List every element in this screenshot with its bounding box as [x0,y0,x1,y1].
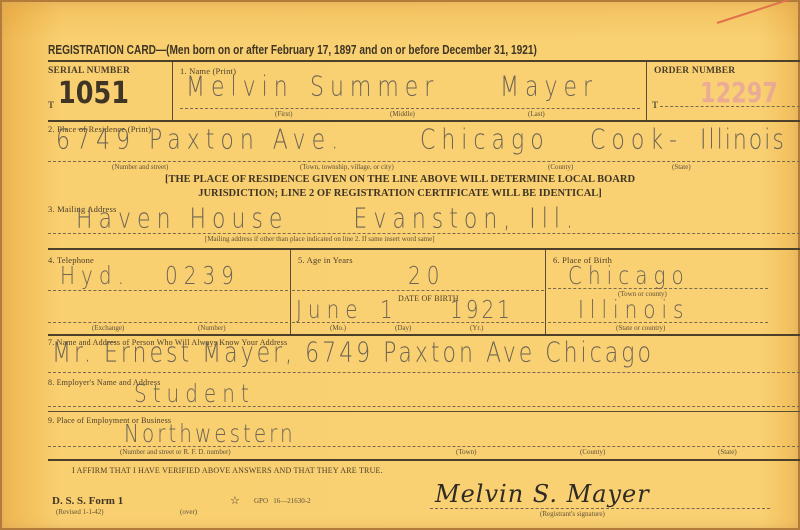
order-line [660,106,800,107]
mailing-line [48,233,800,234]
residence-line [48,161,800,162]
residence-street: 6749 Paxton Ave. [56,125,344,156]
residence-sub-state: (State) [672,163,691,171]
residence-sub-county: (County) [548,163,573,171]
birthplace-state: Illinois [578,294,689,324]
employer-value: Student [134,378,255,408]
dob-sub-year: (Yr.) [470,324,483,332]
birthplace-line [548,288,768,289]
serial-number-value: 1051 [58,76,129,111]
employment-place-value: Northwestern [124,418,296,448]
registrant-signature: Melvin S. Mayer [435,480,650,508]
name-sub-middle: (Middle) [390,110,415,118]
row9-rule [48,459,800,461]
employment-sub-town: (Town) [456,448,477,456]
row8-rule [48,411,800,412]
telephone-sub-number: (Number) [198,324,226,332]
order-number-label: ORDER NUMBER [654,66,735,76]
col-divider-1 [290,250,291,334]
name-first: Melvin [186,72,294,103]
residence-city: Chicago [420,125,550,156]
dob-year: 1921 [450,294,513,324]
name-sub-first: (First) [275,110,293,118]
row1-rule [48,120,800,122]
notice-line-1: [THE PLACE OF RESIDENCE GIVEN ON THE LIN… [60,173,740,187]
dob-month: June [296,294,364,324]
birthplace-town: Chicago [568,260,690,290]
dob-sub-day: (Day) [395,324,411,332]
telephone-sub-exchange: (Exchange) [92,324,124,332]
registration-card: REGISTRATION CARD—(Men born on or after … [0,0,800,530]
jurisdiction-notice: [THE PLACE OF RESIDENCE GIVEN ON THE LIN… [60,173,740,201]
dob-line [292,322,544,323]
contact-value: Mr. Ernest Mayer, 6749 Paxton Ave Chicag… [52,338,654,369]
name-last: Mayer [500,72,598,103]
employment-sub-county: (County) [580,448,605,456]
telephone-line-2 [48,322,288,323]
birthplace-state-line [548,322,768,323]
notice-line-2: JURISDICTION; LINE 2 OF REGISTRATION CER… [60,187,740,201]
col-divider-2 [545,250,546,334]
card-title: REGISTRATION CARD—(Men born on or after … [48,42,537,57]
title-rule [48,60,800,62]
order-prefix: T [652,100,658,110]
age-line [292,290,544,291]
form-number: D. S. S. Form 1 [52,495,123,507]
employer-line [48,406,800,407]
over-note: (over) [180,508,197,516]
age-label: 5. Age in Years [298,255,353,265]
residence-county: Cook- [590,125,683,156]
contact-line [48,372,800,373]
dob-day: 1 [380,294,399,324]
age-value: 20 [408,260,445,290]
birthplace-sub-state: (State or country) [616,324,665,332]
form-revised: (Revised 1-1-42) [56,508,104,516]
telephone-number: 0239 [165,260,240,290]
row4-rule [48,334,800,336]
mailing-sub: [Mailing address if other than place ind… [205,235,435,243]
telephone-exchange: Hyd. [60,260,130,290]
dob-sub-month: (Mo.) [330,324,346,332]
star-icon: ☆ [230,494,240,507]
order-divider [646,62,647,120]
residence-sub-city: (Town, township, village, or city) [300,163,394,171]
gpo-number: GPO 16—21630-2 [254,497,311,505]
employment-sub-street: (Number and street or R. F. D. number) [120,448,231,456]
mailing-value: Haven House Evanston, Ill. [76,204,579,235]
employment-sub-state: (State) [718,448,737,456]
name-line [180,108,640,109]
signature-label: (Registrant's signature) [540,510,605,518]
name-middle: Summer [310,72,439,103]
name-sub-last: (Last) [528,110,545,118]
residence-sub-street: (Number and street) [112,163,168,171]
affirmation-text: I Affirm That I Have Verified Above Answ… [72,466,383,475]
signature-line [430,508,770,509]
row3-rule [48,248,800,250]
order-number-value: 12297 [700,76,778,109]
serial-prefix: T [48,100,54,110]
serial-divider [172,62,173,120]
serial-number-label: SERIAL NUMBER [48,66,130,76]
employment-place-line [48,446,800,447]
residence-state: Illinois [700,125,786,156]
telephone-line [48,290,288,291]
red-pencil-mark [717,0,794,24]
